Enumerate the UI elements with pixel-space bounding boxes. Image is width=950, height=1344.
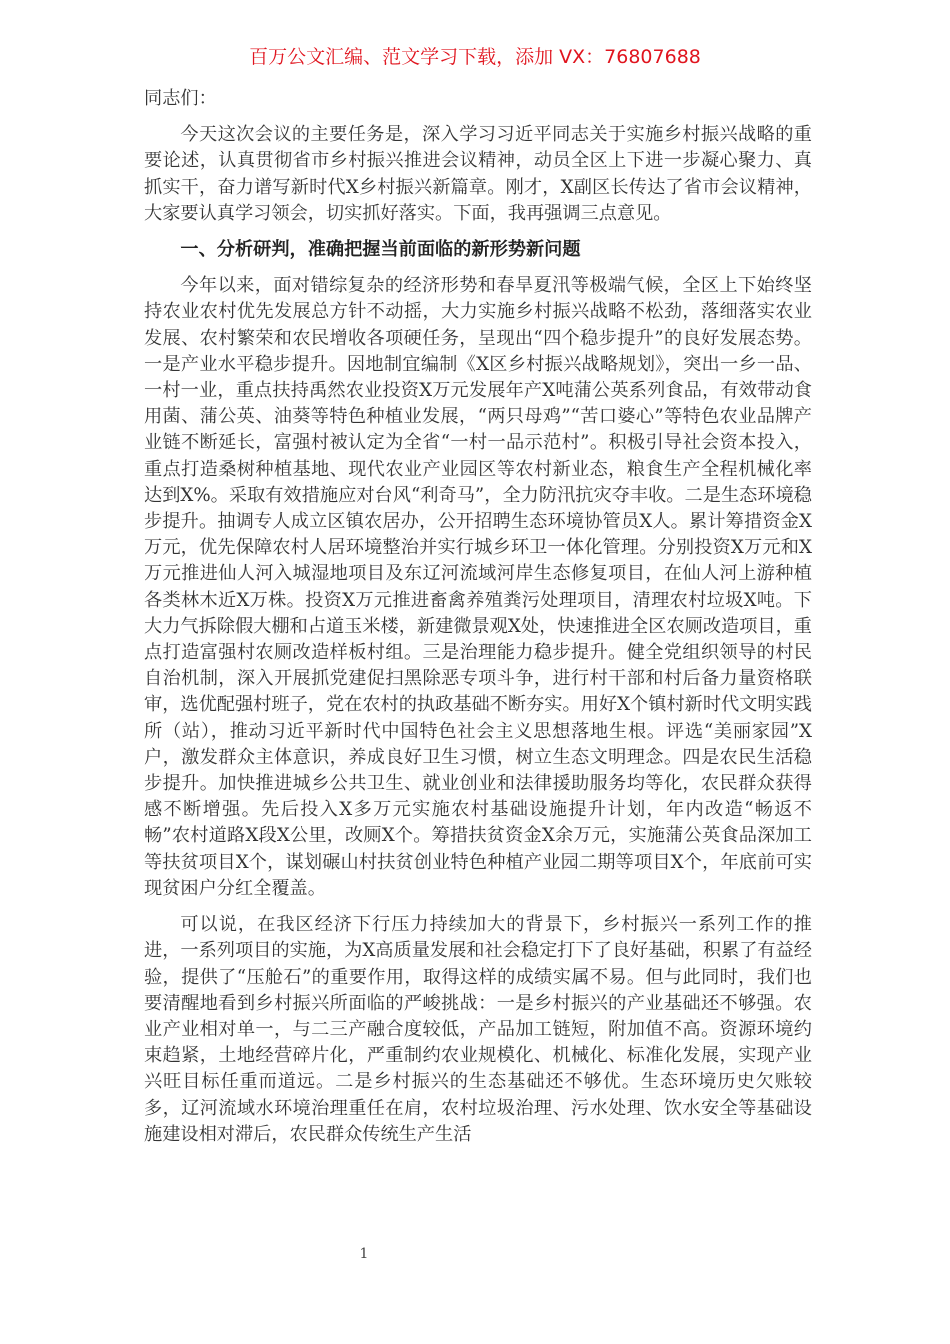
section-paragraph-2: 可以说，在我区经济下行压力持续加大的背景下，乡村振兴一系列工作的推进，一系列项目… xyxy=(144,912,812,1148)
page-number: 1 xyxy=(358,1246,370,1262)
section-paragraph-1: 今年以来，面对错综复杂的经济形势和春旱夏汛等极端气候，全区上下始终坚持农业农村优… xyxy=(144,273,812,902)
document-body: 同志们： 今天这次会议的主要任务是，深入学习习近平同志关于实施乡村振兴战略的重要… xyxy=(144,86,812,1158)
promo-banner: 百万公文汇编、范文学习下载，添加 VX：76807688 xyxy=(0,44,950,70)
salutation: 同志们： xyxy=(144,86,812,112)
intro-paragraph: 今天这次会议的主要任务是，深入学习习近平同志关于实施乡村振兴战略的重要论述，认真… xyxy=(144,122,812,227)
document-page: 百万公文汇编、范文学习下载，添加 VX：76807688 同志们： 今天这次会议… xyxy=(0,0,950,1344)
section-heading: 一、分析研判，准确把握当前面临的新形势新问题 xyxy=(144,237,812,263)
